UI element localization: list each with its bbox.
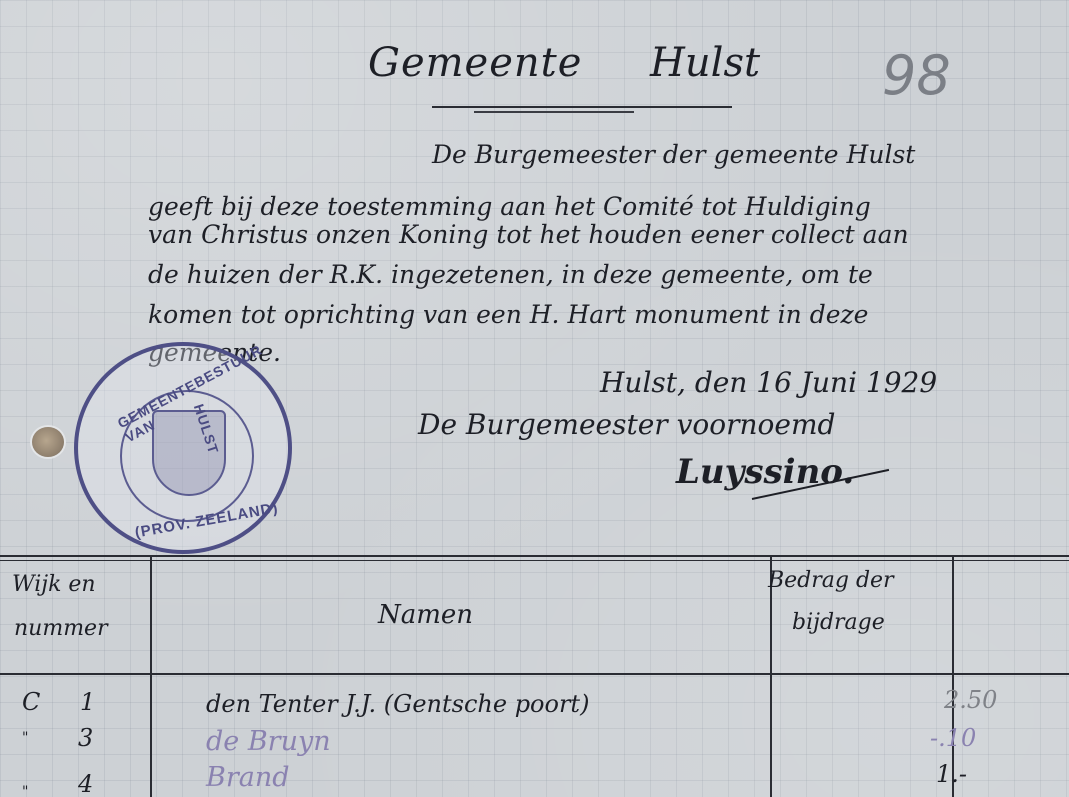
table-header-rule <box>0 673 1069 675</box>
municipal-seal-stamp: GEMEENTEBESTUUR VAN HULST (PROV. ZEELAND… <box>74 342 292 554</box>
body-line-2: geeft bij deze toestemming aan het Comit… <box>148 192 871 221</box>
row-3-bedrag: 1.- <box>936 760 967 788</box>
row-1-nummer: 1 <box>80 688 95 716</box>
closing-line: De Burgemeester voornoemd <box>418 408 835 441</box>
punch-hole <box>32 427 64 457</box>
row-3-nummer: 4 <box>78 770 93 797</box>
table-top-rule <box>0 555 1069 557</box>
row-1-bedrag: 2.50 <box>944 686 997 714</box>
row-1-naam: den Tenter J.J. (Gentsche poort) <box>206 690 589 718</box>
body-line-3: van Christus onzen Koning tot het houden… <box>148 220 909 249</box>
title-underline-short <box>474 111 634 113</box>
row-3-naam: Brand <box>206 762 290 793</box>
header-bedrag: Bedrag der <box>768 568 894 593</box>
mayor-signature: Luyssino. <box>676 452 854 492</box>
header-wijk: Wijk en <box>12 572 96 597</box>
row-3-wijk: " <box>22 784 28 797</box>
row-2-bedrag: -.10 <box>930 724 976 752</box>
row-1-wijk: C <box>22 688 40 716</box>
body-line-1: De Burgemeester der gemeente Hulst <box>432 140 915 169</box>
row-2-wijk: " <box>22 730 28 746</box>
table-top-rule-thin <box>0 560 1069 561</box>
document-title: Gemeente <box>368 40 582 86</box>
column-divider-1 <box>150 555 152 797</box>
header-bijdrage: bijdrage <box>792 610 885 635</box>
header-nummer: nummer <box>14 616 108 641</box>
page-number: 98 <box>882 44 951 107</box>
header-namen: Namen <box>378 600 473 630</box>
row-2-nummer: 3 <box>78 724 93 752</box>
title-underline <box>432 106 732 108</box>
body-line-5: komen tot oprichting van een H. Hart mon… <box>148 300 868 329</box>
body-line-4: de huizen der R.K. ingezetenen, in deze … <box>148 260 873 289</box>
document-title-place: Hulst <box>650 40 760 86</box>
place-and-date: Hulst, den 16 Juni 1929 <box>600 366 937 399</box>
row-2-naam: de Bruyn <box>206 726 331 757</box>
